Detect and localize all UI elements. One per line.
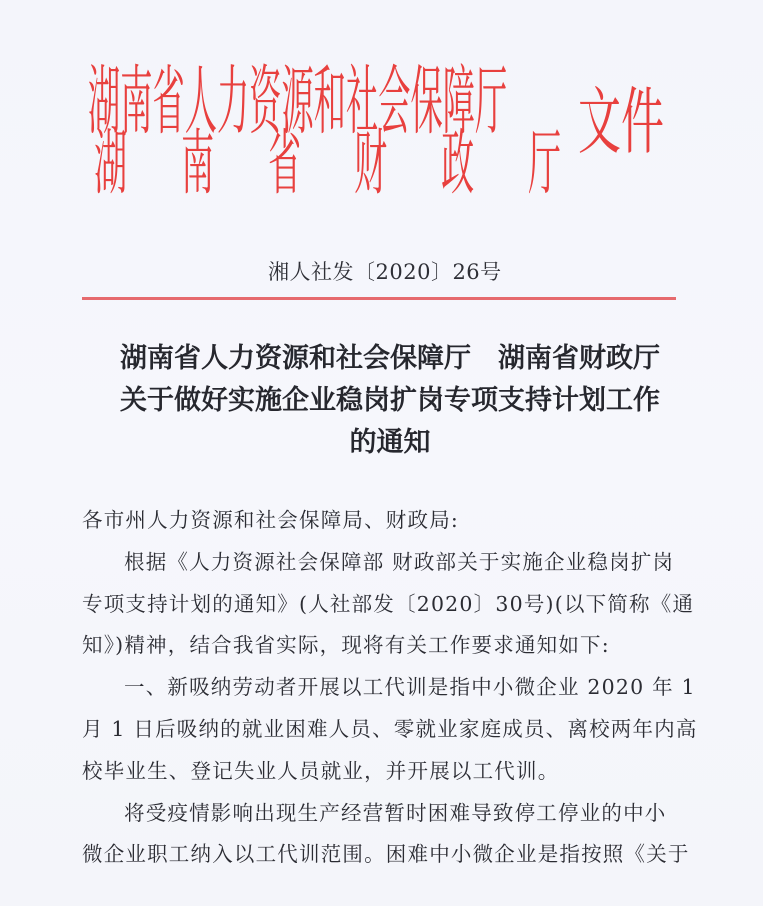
- body-line: 专项支持计划的通知》(人社部发〔2020〕30号)(以下简称《通: [82, 584, 682, 626]
- body-line: 根据《人力资源社会保障部 财政部关于实施企业稳岗扩岗: [82, 542, 682, 584]
- body-line: 一、新吸纳劳动者开展以工代训是指中小微企业 2020 年 1: [82, 667, 682, 709]
- red-header: 湖南省人力资源和社会保障厅 湖 南 省 财 政 厅 文件: [0, 0, 763, 230]
- header-char: 湖: [94, 128, 118, 227]
- header-char: 省: [268, 128, 292, 227]
- body-line: 校毕业生、登记失业人员就业，并开展以工代训。: [82, 751, 682, 793]
- header-document-label: 文件: [578, 86, 664, 159]
- document-number: 湘人社发〔2020〕26号: [268, 257, 502, 287]
- header-char: 政: [441, 128, 465, 227]
- header-issuer-line-2: 湖 南 省 财 政 厅: [88, 128, 558, 198]
- salutation-line: 各市州人力资源和社会保障局、财政局:: [82, 500, 682, 542]
- document-page: 湖南省人力资源和社会保障厅 湖 南 省 财 政 厅 文件 湘人社发〔2020〕2…: [0, 0, 763, 906]
- title-line: 的通知: [60, 422, 720, 464]
- header-char: 厅: [528, 128, 552, 227]
- body-line: 月 1 日后吸纳的就业困难人员、零就业家庭成员、离校两年内高: [82, 709, 682, 751]
- title-line: 湖南省人力资源和社会保障厅 湖南省财政厅: [60, 338, 720, 380]
- red-divider-rule: [82, 297, 676, 300]
- document-title: 湖南省人力资源和社会保障厅 湖南省财政厅 关于做好实施企业稳岗扩岗专项支持计划工…: [60, 338, 720, 464]
- title-line: 关于做好实施企业稳岗扩岗专项支持计划工作: [60, 380, 720, 422]
- body-line: 微企业职工纳入以工代训范围。困难中小微企业是指按照《关于: [82, 834, 682, 876]
- header-char: 财: [355, 128, 379, 227]
- document-body: 各市州人力资源和社会保障局、财政局: 根据《人力资源社会保障部 财政部关于实施企…: [82, 500, 682, 876]
- body-line: 将受疫情影响出现生产经营暂时困难导致停工停业的中小: [82, 793, 682, 835]
- header-char: 南: [181, 128, 205, 227]
- body-line: 知》)精神，结合我省实际，现将有关工作要求通知如下:: [82, 625, 682, 667]
